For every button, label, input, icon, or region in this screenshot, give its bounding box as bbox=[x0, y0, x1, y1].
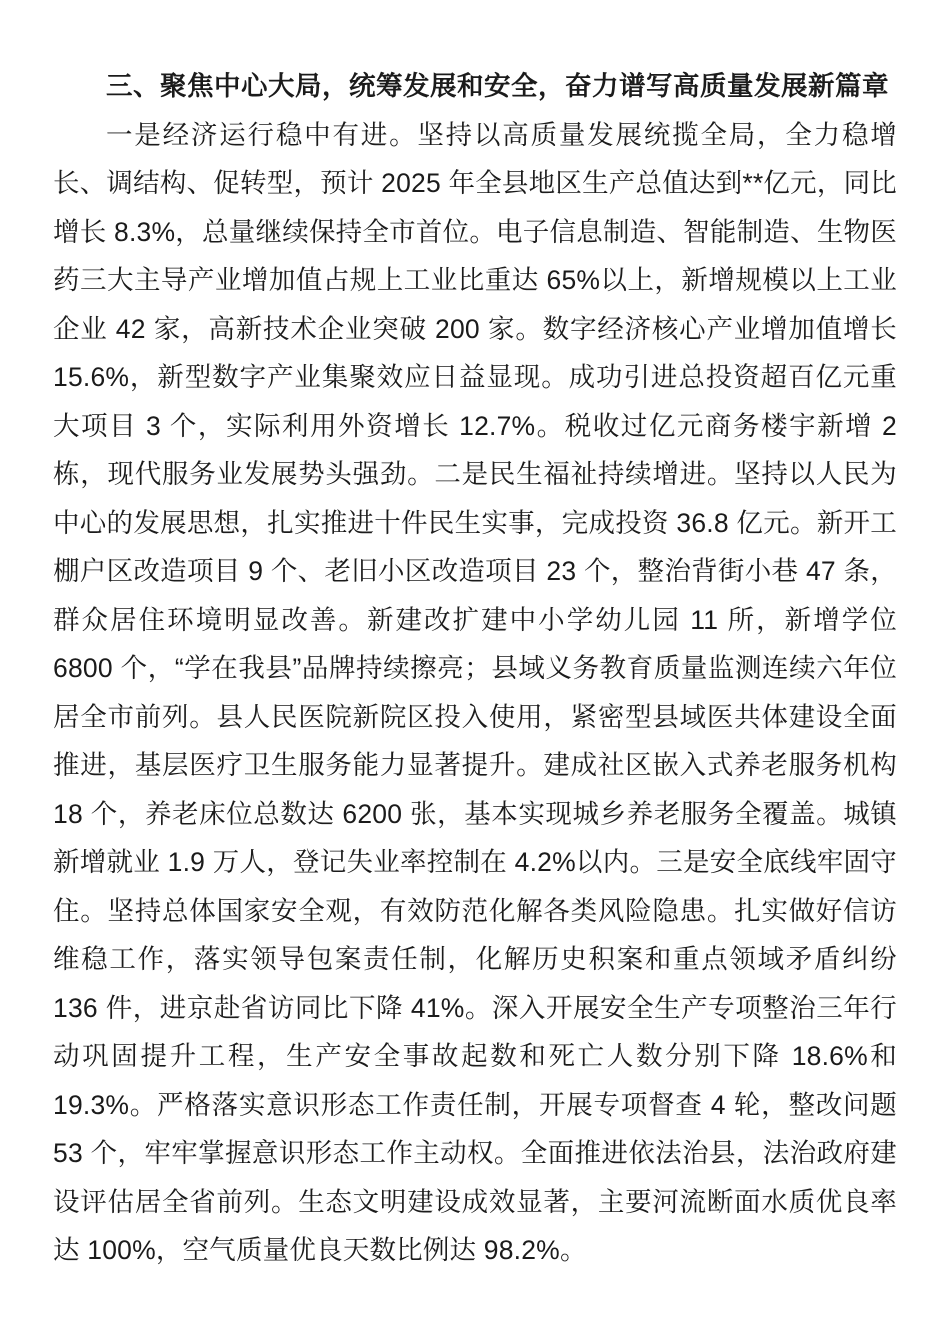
section-heading: 三、聚焦中心大局，统筹发展和安全，奋力谱写高质量发展新篇章 bbox=[53, 62, 897, 111]
subsection-safety: 三是安全底线牢固守住。坚持总体国家安全观，有效防范化解各类风险隐患。扎实做好信访… bbox=[53, 847, 897, 1265]
section-body-paragraph: 一是经济运行稳中有进。坚持以高质量发展统揽全局，全力稳增长、调结构、促转型，预计… bbox=[53, 111, 897, 1275]
document-page: 三、聚焦中心大局，统筹发展和安全，奋力谱写高质量发展新篇章 一是经济运行稳中有进… bbox=[0, 0, 950, 1344]
subsection-economy: 一是经济运行稳中有进。坚持以高质量发展统揽全局，全力稳增长、调结构、促转型，预计… bbox=[53, 120, 897, 490]
subsection-livelihood: 二是民生福祉持续增进。坚持以人民为中心的发展思想，扎实推进十件民生实事，完成投资… bbox=[53, 459, 897, 877]
